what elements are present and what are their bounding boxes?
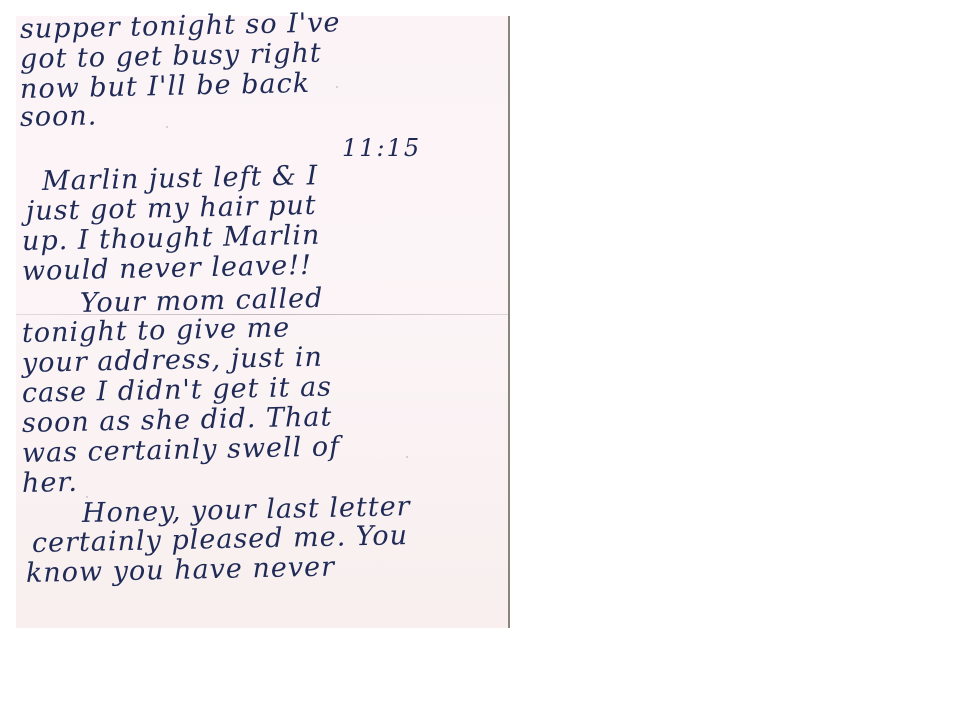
letter-page: supper tonight so I've got to get busy r…: [16, 16, 510, 628]
letter-line: would never leave!!: [22, 250, 313, 287]
letter-line: soon.: [20, 100, 98, 133]
letter-line: her.: [22, 467, 79, 499]
letter-line: now but I'll be back: [20, 68, 311, 105]
paper-speck: [336, 86, 338, 88]
paper-speck: [166, 126, 168, 128]
letter-line: was certainly swell of: [22, 431, 341, 469]
paper-speck: [406, 456, 408, 458]
letter-timestamp: 11:15: [342, 134, 421, 162]
letter-line: know you have never: [26, 552, 336, 589]
